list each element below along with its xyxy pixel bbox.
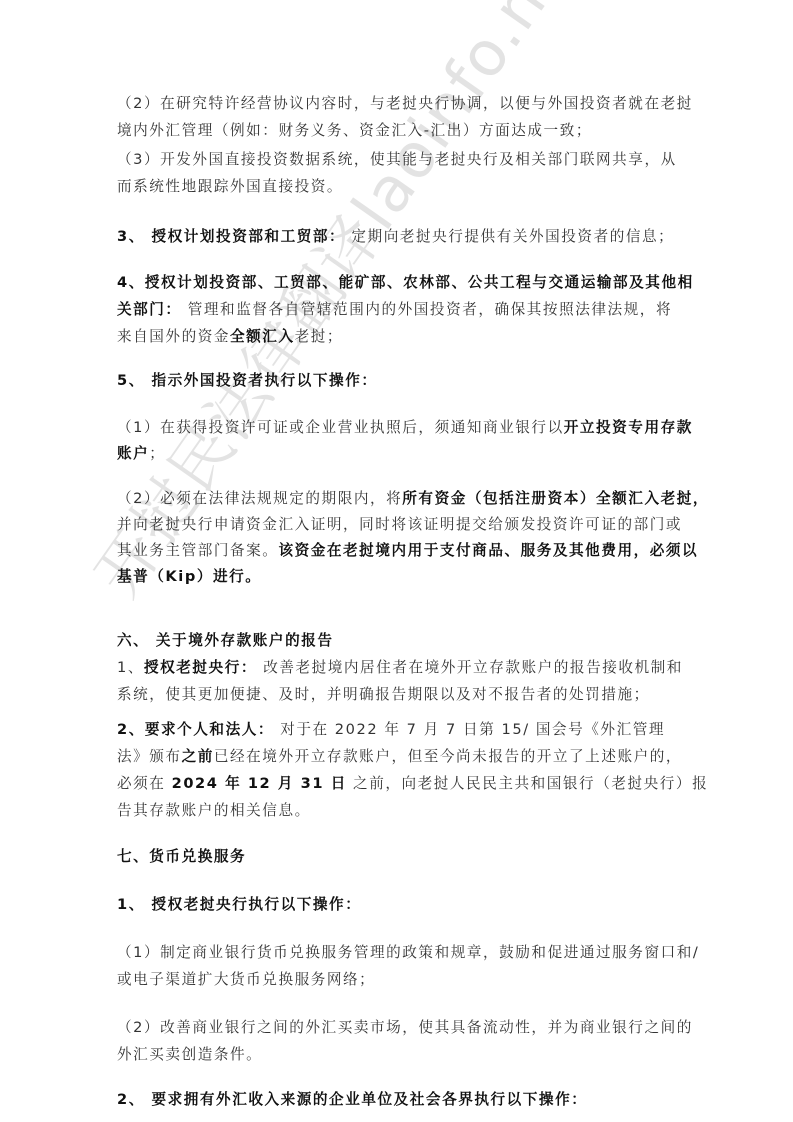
bold-text: 之前 <box>182 748 214 765</box>
bold-text: 七、货币兑换服务 <box>117 848 246 865</box>
bold-text: 关部门： <box>117 301 182 318</box>
body-text: 外汇买卖创造条件。 <box>117 1046 262 1063</box>
body-text: 对于在 2022 年 7 月 7 日第 15/ 国会号《外汇管理 <box>274 721 665 738</box>
body-text: （3）开发外国直接投资数据系统，使其能与老挝央行及相关部门联网共享，从 <box>117 151 677 168</box>
text-line: 境内外汇管理（例如：财务义务、资金汇入-汇出）方面达成一致； <box>117 121 685 141</box>
text-line: 并向老挝央行申请资金汇入证明，同时将该证明提交给颁发投资许可证的部门或 <box>117 515 685 535</box>
body-text: 法》颁布 <box>117 748 182 765</box>
bold-text: 六、 关于境外存款账户的报告 <box>117 632 334 649</box>
body-text: 系统，使其更加便捷、及时，并明确报告期限以及对不报告者的处罚措施； <box>117 686 650 703</box>
text-line: 4、授权计划投资部、工贸部、能矿部、农林部、公共工程与交通运输部及其他相 <box>117 273 685 293</box>
bold-text: 2、 要求拥有外汇收入来源的企业单位及社会各界执行以下操作： <box>117 1091 587 1108</box>
body-text: （1）制定商业银行货币兑换服务管理的政策和规章，鼓励和促进通过服务窗口和/ <box>117 944 699 961</box>
text-line: （3）开发外国直接投资数据系统，使其能与老挝央行及相关部门联网共享，从 <box>117 150 685 170</box>
body-text: ； <box>149 445 165 462</box>
text-line: 来自国外的资金全额汇入老挝； <box>117 327 685 347</box>
body-text: 必须在 <box>117 775 172 792</box>
text-line: 法》颁布之前已经在境外开立存款账户，但至今尚未报告的开立了上述账户的， <box>117 747 685 767</box>
body-text: 或电子渠道扩大货币兑换服务网络； <box>117 971 375 988</box>
bold-text: 2024 年 12 月 31 日 <box>172 775 347 792</box>
text-line: 5、 指示外国投资者执行以下操作： <box>117 371 685 391</box>
body-text: 管理和监督各自管辖范围内的外国投资者，确保其按照法律法规，将 <box>182 301 673 318</box>
bold-text: 2、要求个人和法人： <box>117 721 274 738</box>
body-text: （2）在研究特许经营协议内容时，与老挝央行协调，以便与外国投资者就在老挝 <box>117 95 693 112</box>
text-line: 1、授权老挝央行： 改善老挝境内居住者在境外开立存款账户的报告接收机制和 <box>117 658 685 678</box>
bold-text: 授权老挝央行： <box>144 659 257 676</box>
text-line: 3、 授权计划投资部和工贸部： 定期向老挝央行提供有关外国投资者的信息； <box>117 227 685 247</box>
text-line: 而系统性地跟踪外国直接投资。 <box>117 177 685 197</box>
text-line: 其业务主管部门备案。该资金在老挝境内用于支付商品、服务及其他费用，必须以 <box>117 541 685 561</box>
bold-text: 账户 <box>117 445 149 462</box>
text-line: 关部门： 管理和监督各自管辖范围内的外国投资者，确保其按照法律法规，将 <box>117 300 685 320</box>
bold-text: 3、 授权计划投资部和工贸部： <box>117 228 345 245</box>
body-text: 定期向老挝央行提供有关外国投资者的信息； <box>345 228 674 245</box>
body-text: 改善老挝境内居住者在境外开立存款账户的报告接收机制和 <box>257 659 683 676</box>
text-line: 系统，使其更加便捷、及时，并明确报告期限以及对不报告者的处罚措施； <box>117 685 685 705</box>
bold-text: 全额汇入 <box>230 328 295 345</box>
body-text: 告其存款账户的相关信息。 <box>117 802 311 819</box>
bold-text: 所有资金（包括注册资本）全额汇入老挝， <box>402 490 709 507</box>
body-text: 已经在境外开立存款账户，但至今尚未报告的开立了上述账户的， <box>214 748 682 765</box>
body-text: 并向老挝央行申请资金汇入证明，同时将该证明提交给颁发投资许可证的部门或 <box>117 516 682 533</box>
body-text: 境内外汇管理（例如：财务义务、资金汇入-汇出）方面达成一致； <box>117 122 592 139</box>
bold-text: 1、 授权老挝央行执行以下操作： <box>117 896 361 913</box>
text-line: （2）在研究特许经营协议内容时，与老挝央行协调，以便与外国投资者就在老挝 <box>117 94 685 114</box>
text-line: 1、 授权老挝央行执行以下操作： <box>117 895 685 915</box>
text-line: 六、 关于境外存款账户的报告 <box>117 631 685 651</box>
text-line: 2、要求个人和法人： 对于在 2022 年 7 月 7 日第 15/ 国会号《外… <box>117 720 685 740</box>
text-line: 七、货币兑换服务 <box>117 847 685 867</box>
text-line: （1）制定商业银行货币兑换服务管理的政策和规章，鼓励和促进通过服务窗口和/ <box>117 943 685 963</box>
body-text: （1）在获得投资许可证或企业营业执照后，须通知商业银行以 <box>117 419 564 436</box>
text-line: 必须在 2024 年 12 月 31 日 之前，向老挝人民民主共和国银行（老挝央… <box>117 774 685 794</box>
text-line: 告其存款账户的相关信息。 <box>117 801 685 821</box>
body-text: 其业务主管部门备案。 <box>117 542 278 559</box>
bold-text: 开立投资专用存款 <box>564 419 693 436</box>
body-text: 老挝； <box>295 328 343 345</box>
bold-text: 基普（Kip）进行。 <box>117 568 261 585</box>
bold-text: 该资金在老挝境内用于支付商品、服务及其他费用，必须以 <box>278 542 698 559</box>
body-text: 之前，向老挝人民民主共和国银行（老挝央行）报 <box>347 775 708 792</box>
bold-text: 5、 指示外国投资者执行以下操作： <box>117 372 378 389</box>
body-text: （2）改善商业银行之间的外汇买卖市场，使其具备流动性，并为商业银行之间的 <box>117 1019 693 1036</box>
bold-text: 4、授权计划投资部、工贸部、能矿部、农林部、公共工程与交通运输部及其他相 <box>117 274 694 291</box>
text-line: 基普（Kip）进行。 <box>117 567 685 587</box>
body-text: 而系统性地跟踪外国直接投资。 <box>117 178 343 195</box>
text-line: （2）改善商业银行之间的外汇买卖市场，使其具备流动性，并为商业银行之间的 <box>117 1018 685 1038</box>
text-line: 2、 要求拥有外汇收入来源的企业单位及社会各界执行以下操作： <box>117 1090 685 1110</box>
body-text: 来自国外的资金 <box>117 328 230 345</box>
text-line: 账户； <box>117 444 685 464</box>
text-line: （1）在获得投资许可证或企业营业执照后，须通知商业银行以开立投资专用存款 <box>117 418 685 438</box>
body-text: 1、 <box>117 659 144 676</box>
text-line: （2）必须在法律法规规定的期限内，将所有资金（包括注册资本）全额汇入老挝， <box>117 489 685 509</box>
text-line: 或电子渠道扩大货币兑换服务网络； <box>117 970 685 990</box>
body-text: （2）必须在法律法规规定的期限内，将 <box>117 490 402 507</box>
text-line: 外汇买卖创造条件。 <box>117 1045 685 1065</box>
